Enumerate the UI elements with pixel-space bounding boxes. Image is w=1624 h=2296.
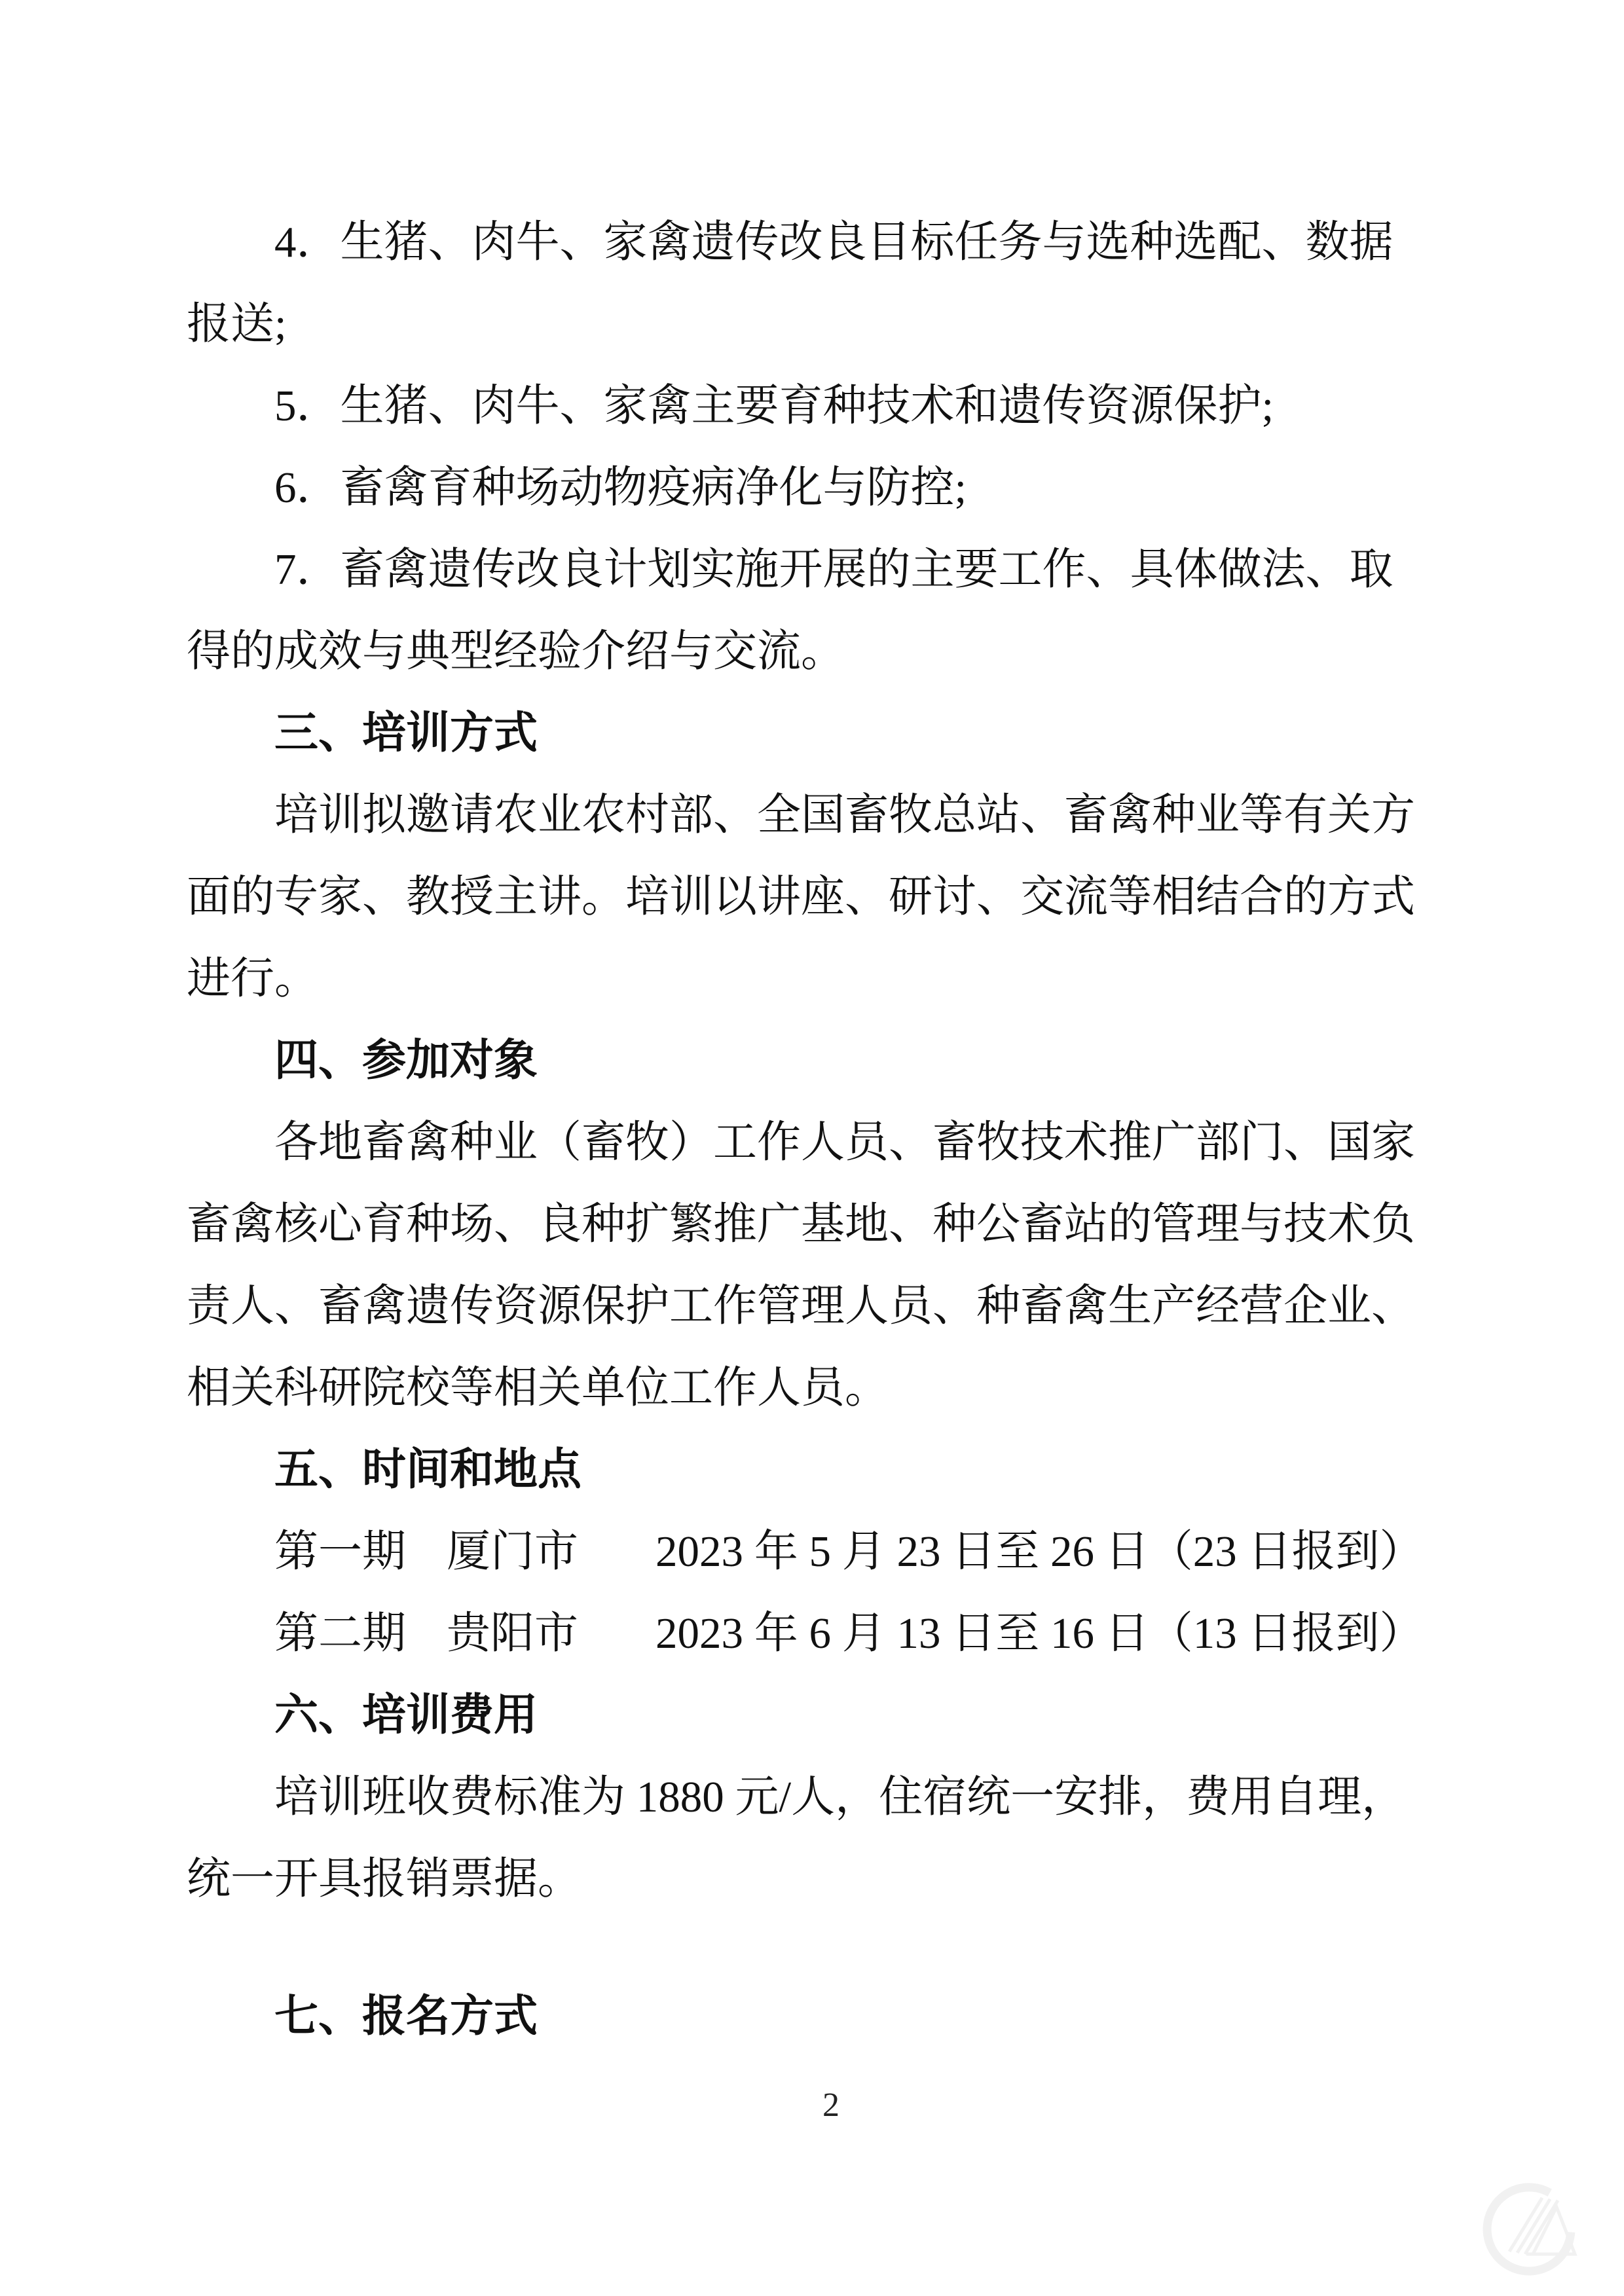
city-label: 厦门市 [447,1527,578,1576]
document-line: 培训拟邀请农业农村部、全国畜牧总站、畜禽种业等有关方 [187,774,1450,856]
page-number: 2 [0,2086,1624,2125]
schedule-line: 第一期厦门市2023 年 5 月 23 日至 26 日（23 日报到） [187,1511,1450,1593]
document-line: 得的成效与典型经验介绍与交流。 [187,611,1450,693]
document-line: 各地畜禽种业（畜牧）工作人员、畜牧技术推广部门、国家 [187,1102,1450,1184]
document-line: 培训班收费标准为 1880 元/人，住宿统一安排，费用自理， [187,1757,1450,1838]
date-label: 2023 年 5 月 23 日至 26 日（23 日报到） [655,1527,1424,1576]
document-line: 相关科研院校等相关单位工作人员。 [187,1347,1450,1429]
city-label: 贵阳市 [447,1609,578,1658]
document-page: 4．生猪、肉牛、家禽遗传改良目标任务与选种选配、数据报送;5．生猪、肉牛、家禽主… [0,0,1624,2296]
document-line: 7．畜禽遗传改良计划实施开展的主要工作、具体做法、取 [187,529,1450,611]
date-label: 2023 年 6 月 13 日至 16 日（13 日报到） [655,1609,1424,1658]
document-body: 4．生猪、肉牛、家禽遗传改良目标任务与选种选配、数据报送;5．生猪、肉牛、家禽主… [187,202,1450,2058]
document-line: 统一开具报销票据。 [187,1838,1450,1920]
section-heading: 六、培训费用 [187,1675,1450,1757]
session-label: 第二期 [274,1609,406,1658]
document-line: 5．生猪、肉牛、家禽主要育种技术和遗传资源保护; [187,365,1450,447]
session-label: 第一期 [274,1527,406,1576]
section-heading: 五、时间和地点 [187,1429,1450,1511]
section-heading: 四、参加对象 [187,1020,1450,1102]
document-line: 6．畜禽育种场动物疫病净化与防控; [187,447,1450,529]
document-line: 进行。 [187,938,1450,1020]
section-heading: 三、培训方式 [187,693,1450,774]
schedule-line: 第二期贵阳市2023 年 6 月 13 日至 16 日（13 日报到） [187,1593,1450,1675]
document-line: 畜禽核心育种场、良种扩繁推广基地、种公畜站的管理与技术负 [187,1184,1450,1266]
section-heading: 七、报名方式 [187,1976,1450,2058]
document-line: 4．生猪、肉牛、家禽遗传改良目标任务与选种选配、数据 [187,202,1450,283]
watermark-logo-icon [1475,2172,1588,2284]
document-line: 报送; [187,283,1450,365]
document-line: 面的专家、教授主讲。培训以讲座、研讨、交流等相结合的方式 [187,856,1450,938]
page-number-value: 2 [822,2086,840,2125]
document-line: 责人、畜禽遗传资源保护工作管理人员、种畜禽生产经营企业、 [187,1266,1450,1347]
